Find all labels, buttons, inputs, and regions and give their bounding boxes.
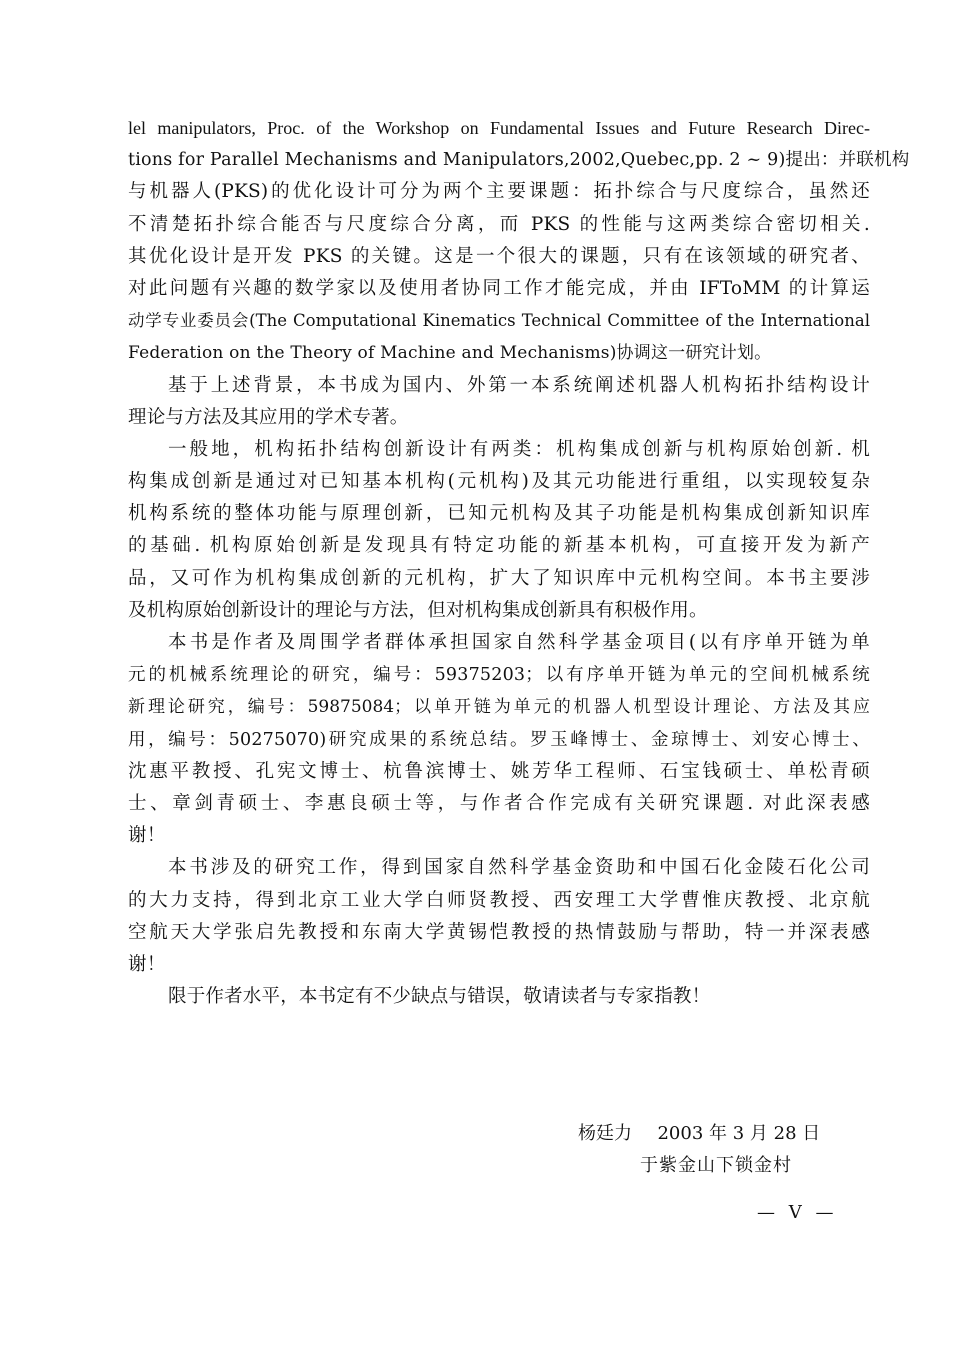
text-line: 士、章剑青硕士、李惠良硕士等，与作者合作完成有关研究课题. 对此深表感 [128,788,870,820]
page-number: — V — [757,1197,837,1229]
text-line: lel manipulators, Proc. of the Workshop … [128,112,870,144]
text-line: 理论与方法及其应用的学术专著。 [128,402,870,434]
text-line: 限于作者水平，本书定有不少缺点与错误，敬请读者与专家指教！ [128,981,870,1013]
text-line: 机构系统的整体功能与原理创新，已知元机构及其子功能是机构集成创新知识库 [128,498,870,530]
text-line: 谢！ [128,820,870,852]
signature-author-date: 杨廷力 2003 年 3 月 28 日 [578,1118,820,1150]
text-line: 谢！ [128,949,870,981]
text-line: 及机构原始创新设计的理论与方法，但对机构集成创新具有积极作用。 [128,595,870,627]
text-line: 不清楚拓扑综合能否与尺度综合分离，而 PKS 的性能与这两类综合密切相关. [128,209,870,241]
text-line: 本书是作者及周围学者群体承担国家自然科学基金项目(以有序单开链为单 [128,627,870,659]
text-line: 本书涉及的研究工作，得到国家自然科学基金资助和中国石化金陵石化公司 [128,852,870,884]
text-line: Federation on the Theory of Machine and … [128,337,870,369]
text-line: 的大力支持，得到北京工业大学白师贤教授、西安理工大学曹惟庆教授、北京航 [128,885,870,917]
author-name: 杨廷力 [578,1123,632,1144]
paragraph-funding-collaborators: 本书是作者及周围学者群体承担国家自然科学基金项目(以有序单开链为单 元的机械系统… [128,627,870,852]
text-line: 用，编号：50275070)研究成果的系统总结。罗玉峰博士、金琼博士、刘安心博士… [128,724,870,756]
paragraph-reference-continuation: lel manipulators, Proc. of the Workshop … [128,112,870,370]
paragraph-acknowledgements: 本书涉及的研究工作，得到国家自然科学基金资助和中国石化金陵石化公司 的大力支持，… [128,852,870,981]
signature-location: 于紫金山下锁金村 [640,1150,792,1182]
text-line: 基于上述背景，本书成为国内、外第一本系统阐述机器人机构拓扑结构设计 [128,370,870,402]
text-line: 对此问题有兴趣的数学家以及使用者协同工作才能完成，并由 IFToMM 的计算运 [128,273,870,305]
text-line: 与机器人(PKS)的优化设计可分为两个主要课题：拓扑综合与尺度综合，虽然还 [128,176,870,208]
text-line: 一般地，机构拓扑结构创新设计有两类：机构集成创新与机构原始创新. 机 [128,434,870,466]
text-line: 其优化设计是开发 PKS 的关键。这是一个很大的课题，只有在该领域的研究者、 [128,241,870,273]
document-body: lel manipulators, Proc. of the Workshop … [128,112,870,1013]
signature-date: 2003 年 3 月 28 日 [657,1123,820,1144]
text-line: 沈惠平教授、孔宪文博士、杭鲁滨博士、姚芳华工程师、石宝钱硕士、单松青硕 [128,756,870,788]
text-line: 元的机械系统理论的研究，编号：59375203；以有序单开链为单元的空间机械系统 [128,659,870,691]
text-line: 新理论研究，编号：59875084；以单开链为单元的机器人机型设计理论、方法及其… [128,691,870,723]
paragraph-book-positioning: 基于上述背景，本书成为国内、外第一本系统阐述机器人机构拓扑结构设计 理论与方法及… [128,370,870,434]
paragraph-innovation-types: 一般地，机构拓扑结构创新设计有两类：机构集成创新与机构原始创新. 机 构集成创新… [128,434,870,627]
text-line: 构集成创新是通过对已知基本机构(元机构)及其元功能进行重组，以实现较复杂 [128,466,870,498]
text-line: 的基础. 机构原始创新是发现具有特定功能的新基本机构，可直接开发为新产 [128,530,870,562]
paragraph-closing-remark: 限于作者水平，本书定有不少缺点与错误，敬请读者与专家指教！ [128,981,870,1013]
text-line: 品，又可作为机构集成创新的元机构，扩大了知识库中元机构空间。本书主要涉 [128,563,870,595]
text-line: tions for Parallel Mechanisms and Manipu… [128,144,870,176]
text-line: 动学专业委员会(The Computational Kinematics Tec… [128,305,870,337]
text-line: 空航天大学张启先教授和东南大学黄锡恺教授的热情鼓励与帮助，特一并深表感 [128,917,870,949]
